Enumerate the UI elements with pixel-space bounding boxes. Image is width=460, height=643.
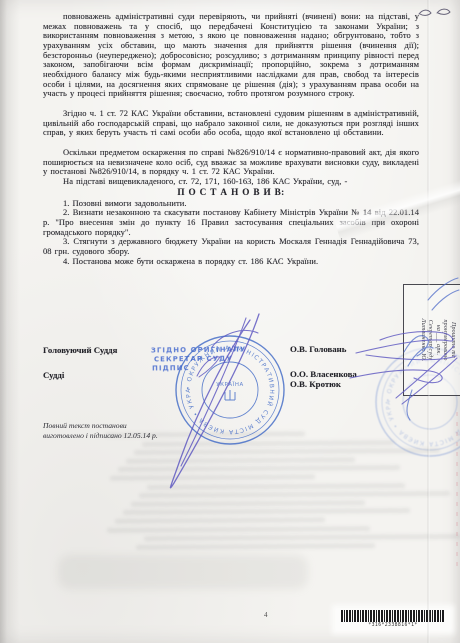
scanned-court-document-page: повноважень адміністративні суди перевір… (0, 0, 460, 643)
main-signature-stroke (170, 314, 259, 488)
corner-pen-marks (419, 9, 450, 15)
judge-signature-flourishes (350, 332, 457, 404)
signature-ink-overlay (0, 0, 460, 643)
